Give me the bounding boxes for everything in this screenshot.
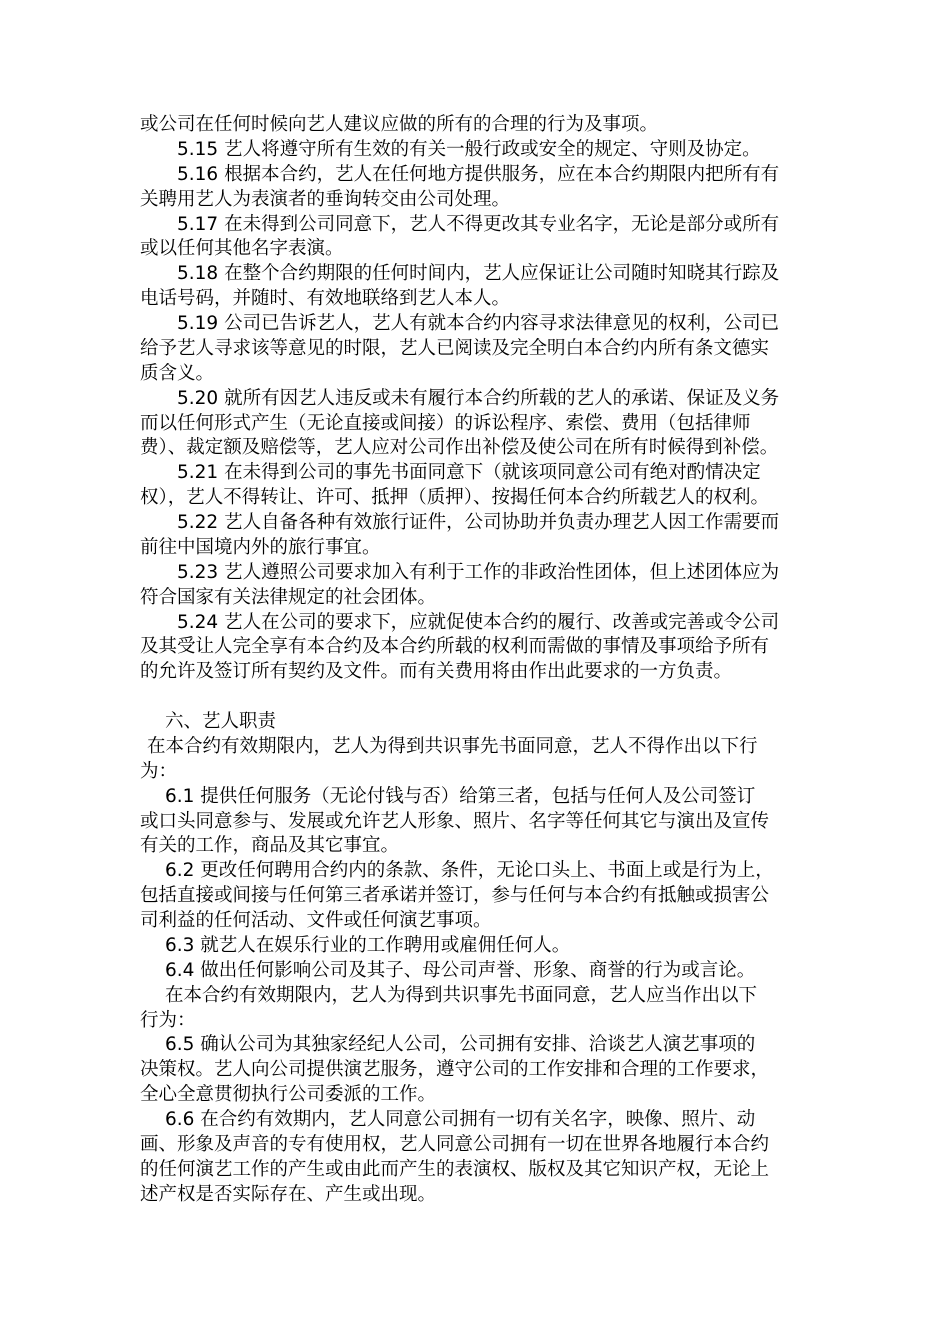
text-line: 六、艺人职责 <box>140 710 840 735</box>
text-line: 司利益的任何活动、文件或任何演艺事项。 <box>140 909 840 934</box>
text-line: 全心全意贯彻执行公司委派的工作。 <box>140 1083 840 1108</box>
blank-line <box>140 685 840 710</box>
text-line: 或以任何其他名字表演。 <box>140 237 840 262</box>
text-line: 6.1 提供任何服务（无论付钱与否）给第三者，包括与任何人及公司签订 <box>140 785 840 810</box>
text-line: 5.17 在未得到公司同意下，艺人不得更改其专业名字，无论是部分或所有 <box>140 213 840 238</box>
text-line: 费）、裁定额及赔偿等，艺人应对公司作出补偿及使公司在所有时候得到补偿。 <box>140 436 840 461</box>
text-line: 为： <box>140 760 840 785</box>
text-line: 有关的工作，商品及其它事宜。 <box>140 834 840 859</box>
text-line: 6.6 在合约有效期内，艺人同意公司拥有一切有关名字，映像、照片、动 <box>140 1108 840 1133</box>
text-line: 或公司在任何时候向艺人建议应做的所有的合理的行为及事项。 <box>140 113 840 138</box>
text-line: 的任何演艺工作的产生或由此而产生的表演权、版权及其它知识产权，无论上 <box>140 1158 840 1183</box>
text-line: 包括直接或间接与任何第三者承诺并签订，参与任何与本合约有抵触或损害公 <box>140 884 840 909</box>
text-line: 5.16 根据本合约，艺人在任何地方提供服务，应在本合约期限内把所有有 <box>140 163 840 188</box>
text-line: 6.4 做出任何影响公司及其子、母公司声誉、形象、商誉的行为或言论。 <box>140 959 840 984</box>
text-line: 符合国家有关法律规定的社会团体。 <box>140 586 840 611</box>
text-line: 的允许及签订所有契约及文件。而有关费用将由作出此要求的一方负责。 <box>140 660 840 685</box>
text-line: 5.15 艺人将遵守所有生效的有关一般行政或安全的规定、守则及协定。 <box>140 138 840 163</box>
text-line: 6.3 就艺人在娱乐行业的工作聘用或雇佣任何人。 <box>140 934 840 959</box>
text-line: 及其受让人完全享有本合约及本合约所载的权利而需做的事情及事项给予所有 <box>140 635 840 660</box>
text-line: 在本合约有效期限内，艺人为得到共识事先书面同意，艺人应当作出以下 <box>140 984 840 1009</box>
text-line: 给予艺人寻求该等意见的时限，艺人已阅读及完全明白本合约内所有条文德实 <box>140 337 840 362</box>
text-line: 关聘用艺人为表演者的垂询转交由公司处理。 <box>140 188 840 213</box>
text-line: 而以任何形式产生（无论直接或间接）的诉讼程序、索偿、费用（包括律师 <box>140 412 840 437</box>
text-line: 6.2 更改任何聘用合约内的条款、条件，无论口头上、书面上或是行为上， <box>140 859 840 884</box>
text-line: 5.20 就所有因艺人违反或未有履行本合约所载的艺人的承诺、保证及义务 <box>140 387 840 412</box>
text-line: 在本合约有效期限内，艺人为得到共识事先书面同意，艺人不得作出以下行 <box>140 735 840 760</box>
text-line: 质含义。 <box>140 362 840 387</box>
text-line: 5.23 艺人遵照公司要求加入有利于工作的非政治性团体，但上述团体应为 <box>140 561 840 586</box>
text-line: 5.24 艺人在公司的要求下，应就促使本合约的履行、改善或完善或令公司 <box>140 611 840 636</box>
text-line: 述产权是否实际存在、产生或出现。 <box>140 1183 840 1208</box>
text-line: 5.19 公司已告诉艺人，艺人有就本合约内容寻求法律意见的权利，公司已 <box>140 312 840 337</box>
contract-text-block: 或公司在任何时候向艺人建议应做的所有的合理的行为及事项。5.15 艺人将遵守所有… <box>140 113 840 1208</box>
text-line: 画、形象及声音的专有使用权，艺人同意公司拥有一切在世界各地履行本合约 <box>140 1133 840 1158</box>
text-line: 权），艺人不得转让、许可、抵押（质押）、按揭任何本合约所载艺人的权利。 <box>140 486 840 511</box>
text-line: 6.5 确认公司为其独家经纪人公司，公司拥有安排、洽谈艺人演艺事项的 <box>140 1033 840 1058</box>
document-page: 或公司在任何时候向艺人建议应做的所有的合理的行为及事项。5.15 艺人将遵守所有… <box>0 0 950 1344</box>
text-line: 行为： <box>140 1009 840 1034</box>
text-line: 或口头同意参与、发展或允许艺人形象、照片、名字等任何其它与演出及宣传 <box>140 810 840 835</box>
text-line: 5.22 艺人自备各种有效旅行证件，公司协助并负责办理艺人因工作需要而 <box>140 511 840 536</box>
text-line: 电话号码，并随时、有效地联络到艺人本人。 <box>140 287 840 312</box>
text-line: 决策权。艺人向公司提供演艺服务，遵守公司的工作安排和合理的工作要求， <box>140 1058 840 1083</box>
text-line: 前往中国境内外的旅行事宜。 <box>140 536 840 561</box>
text-line: 5.21 在未得到公司的事先书面同意下（就该项同意公司有绝对酌情决定 <box>140 461 840 486</box>
text-line: 5.18 在整个合约期限的任何时间内，艺人应保证让公司随时知晓其行踪及 <box>140 262 840 287</box>
